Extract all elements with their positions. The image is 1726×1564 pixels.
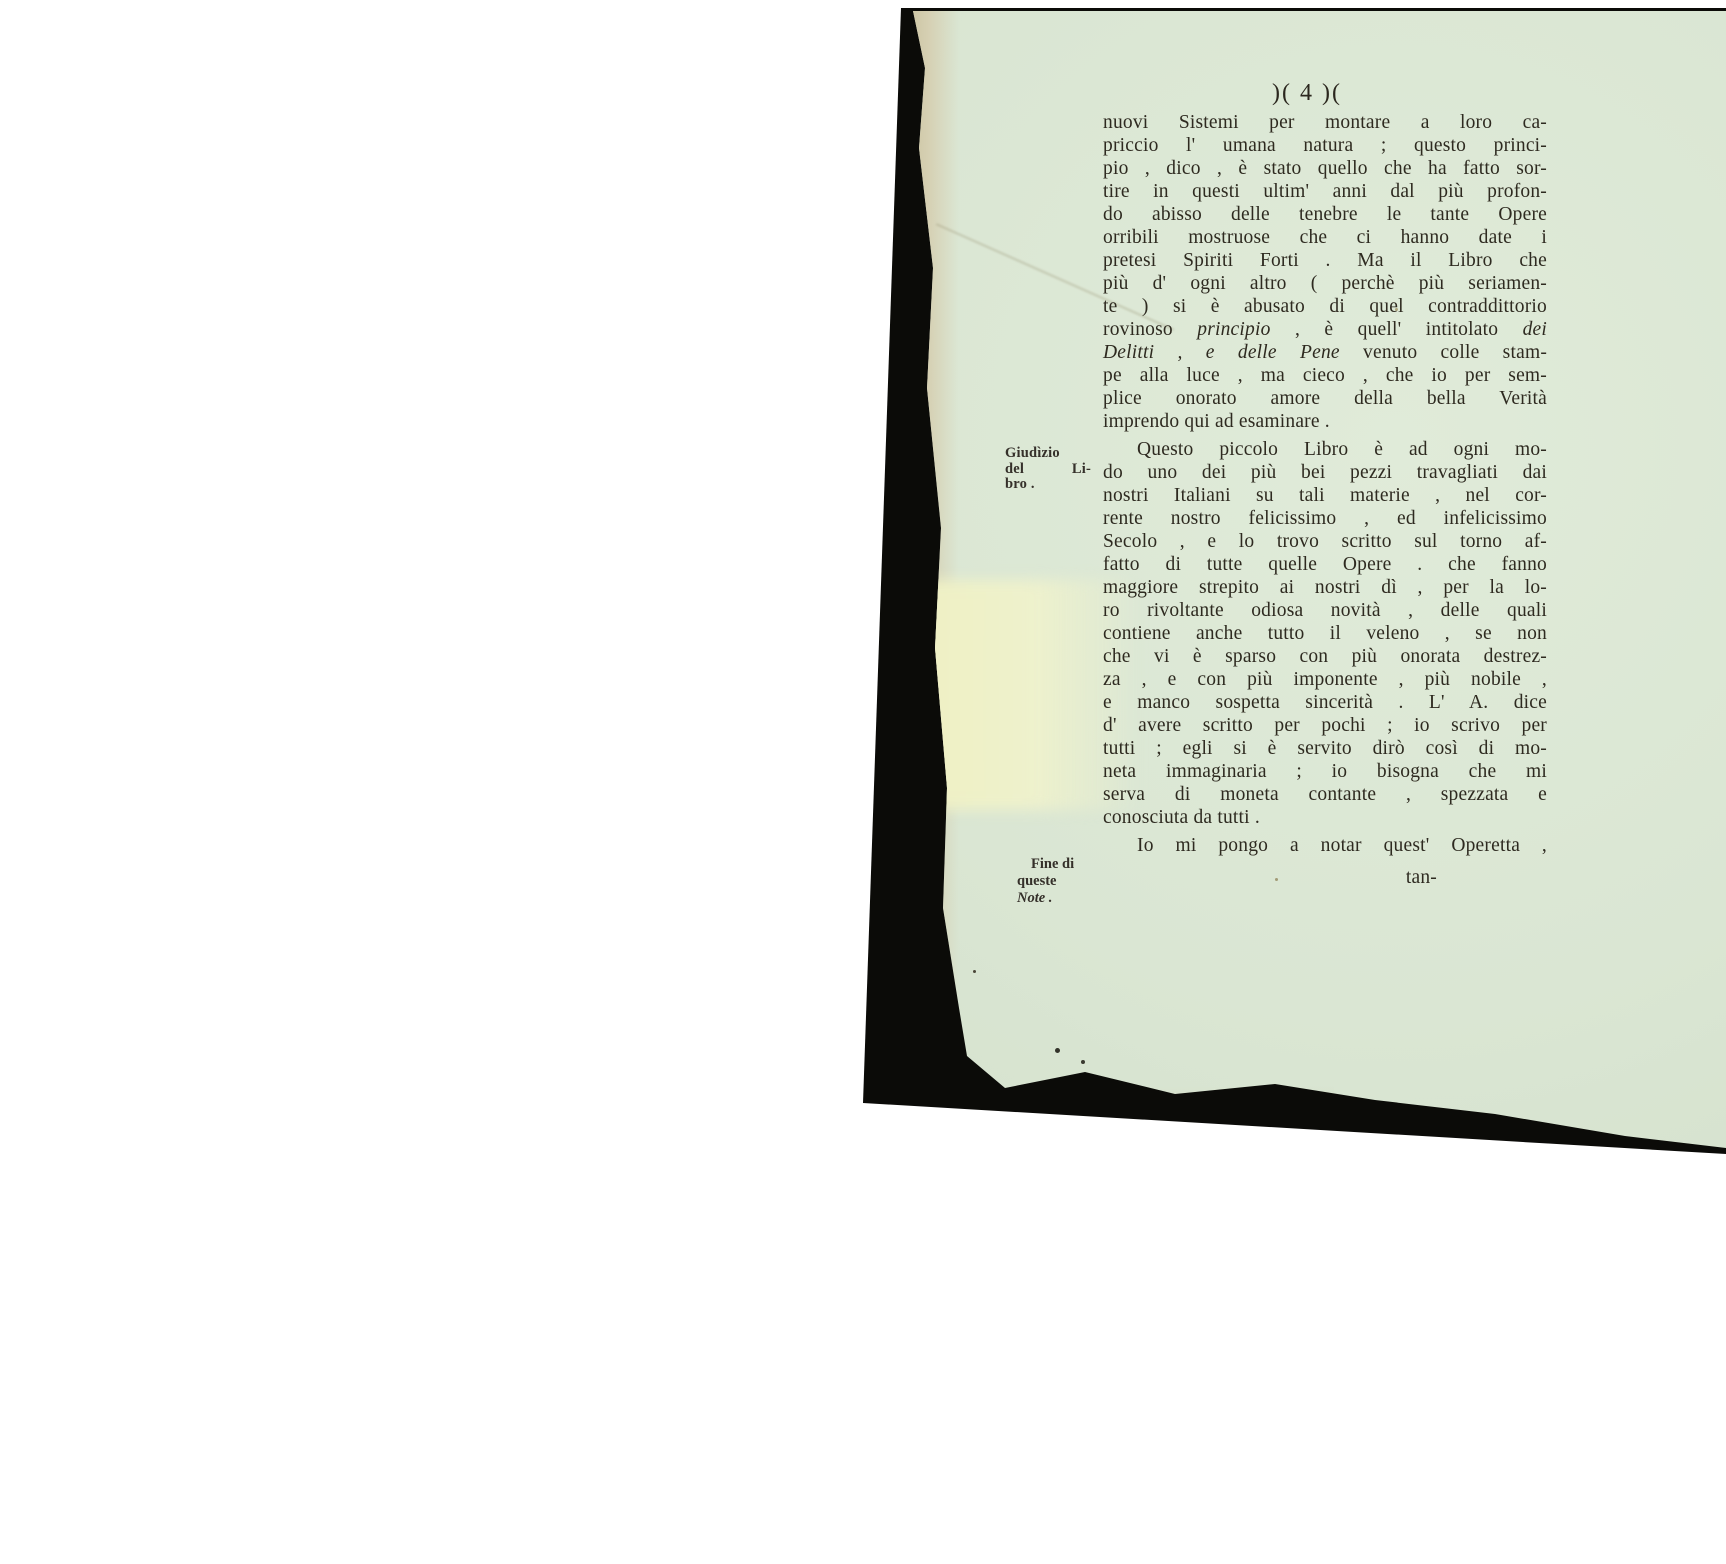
text-segment: contiene anche tutto il veleno , se non xyxy=(1103,623,1547,644)
book-page-scan: Giudìziodel Li-bro . Fine diquesteNote .… xyxy=(855,8,1726,1158)
margin-note-giudizio-del-libro: Giudìziodel Li-bro . xyxy=(1005,446,1091,493)
text-segment: do uno dei più bei pezzi travagliati dai xyxy=(1103,462,1547,483)
text-line: che vi è sparso con più onorata destrez- xyxy=(1103,645,1547,668)
text-segment: orribili mostruose che ci hanno date i xyxy=(1103,227,1547,248)
text-line: tire in questi ultim' anni dal più profo… xyxy=(1103,180,1547,203)
text-line: pio , dico , è stato quello che ha fatto… xyxy=(1103,157,1547,180)
text-line: bro . xyxy=(1005,477,1091,493)
text-segment: , è quell' intitolato xyxy=(1271,319,1523,340)
text-line: fatto di tutte quelle Opere . che fanno xyxy=(1103,553,1547,576)
text-segment: za , e con più imponente , più nobile , xyxy=(1103,669,1547,690)
main-text-block: )( 4 )( nuovi Sistemi per montare a loro… xyxy=(1103,82,1547,889)
text-line: Giudìzio xyxy=(1005,446,1091,462)
text-segment: tutti ; egli si è servito dirò così di m… xyxy=(1103,738,1547,759)
screenshot-canvas: { "colors": { "background": "#ffffff", "… xyxy=(0,0,1726,1564)
text-line: Io mi pongo a notar quest' Operetta , xyxy=(1103,834,1547,857)
text-segment: d' avere scritto per pochi ; io scrivo p… xyxy=(1103,715,1547,736)
text-segment: Questo piccolo Libro è ad ogni mo- xyxy=(1137,439,1547,460)
text-line: maggiore strepito ai nostri dì , per la … xyxy=(1103,576,1547,599)
text-line: Secolo , e lo trovo scritto sul torno af… xyxy=(1103,530,1547,553)
text-segment: rente nostro felicissimo , ed infeliciss… xyxy=(1103,508,1547,529)
text-line: e manco sospetta sincerità . L' A. dice xyxy=(1103,691,1547,714)
text-segment: venuto colle stam- xyxy=(1340,342,1547,363)
text-segment: bro . xyxy=(1005,476,1035,492)
text-line: più d' ogni altro ( perchè più seriamen- xyxy=(1103,272,1547,295)
text-segment: maggiore strepito ai nostri dì , per la … xyxy=(1103,577,1547,598)
text-line: do abisso delle tenebre le tante Opere xyxy=(1103,203,1547,226)
text-segment: pio , dico , è stato quello che ha fatto… xyxy=(1103,158,1547,179)
text-segment: plice onorato amore della bella Verità xyxy=(1103,388,1547,409)
text-segment: Fine di xyxy=(1031,856,1074,872)
italic-text: Note . xyxy=(1017,890,1052,906)
margin-note-fine-di-queste-note: Fine diquesteNote . xyxy=(1017,856,1087,907)
text-line: d' avere scritto per pochi ; io scrivo p… xyxy=(1103,714,1547,737)
paper-bottom-discoloration xyxy=(915,1086,1334,1158)
text-line: del Li- xyxy=(1005,462,1091,478)
text-segment: ro rivoltante odiosa novità , delle qual… xyxy=(1103,600,1547,621)
text-line: nostri Italiani su tali materie , nel co… xyxy=(1103,484,1547,507)
text-line: pe alla luce , ma cieco , che io per sem… xyxy=(1103,364,1547,387)
italic-text: principio xyxy=(1197,319,1270,340)
text-segment: pretesi Spiriti Forti . Ma il Libro che xyxy=(1103,250,1547,271)
text-segment: tire in questi ultim' anni dal più profo… xyxy=(1103,181,1547,202)
text-segment: conosciuta da tutti . xyxy=(1103,807,1260,828)
text-segment: do abisso delle tenebre le tante Opere xyxy=(1103,204,1547,225)
text-segment: pe alla luce , ma cieco , che io per sem… xyxy=(1103,365,1547,386)
text-line: za , e con più imponente , più nobile , xyxy=(1103,668,1547,691)
text-line: Delitti , e delle Pene venuto colle stam… xyxy=(1103,341,1547,364)
text-line: ro rivoltante odiosa novità , delle qual… xyxy=(1103,599,1547,622)
text-segment: Giudìzio xyxy=(1005,445,1060,461)
text-segment: che vi è sparso con più onorata destrez- xyxy=(1103,646,1547,667)
text-line: Questo piccolo Libro è ad ogni mo- xyxy=(1103,438,1547,461)
italic-text: dei xyxy=(1523,319,1547,340)
text-segment: priccio l' umana natura ; questo princi- xyxy=(1103,135,1547,156)
text-line: priccio l' umana natura ; questo princi- xyxy=(1103,134,1547,157)
text-line: rovinoso principio , è quell' intitolato… xyxy=(1103,318,1547,341)
catchword: tan- xyxy=(1103,866,1547,889)
text-segment: queste xyxy=(1017,873,1056,889)
italic-text: Delitti , e delle Pene xyxy=(1103,342,1340,363)
text-line: nuovi Sistemi per montare a loro ca- xyxy=(1103,111,1547,134)
text-line: Note . xyxy=(1017,890,1087,907)
text-line: orribili mostruose che ci hanno date i xyxy=(1103,226,1547,249)
paragraph: nuovi Sistemi per montare a loro ca-pric… xyxy=(1103,111,1547,433)
text-line: rente nostro felicissimo , ed infeliciss… xyxy=(1103,507,1547,530)
text-segment: Secolo , e lo trovo scritto sul torno af… xyxy=(1103,531,1547,552)
paragraph: Questo piccolo Libro è ad ogni mo-do uno… xyxy=(1103,438,1547,829)
paper-speck xyxy=(973,970,976,973)
text-line: conosciuta da tutti . xyxy=(1103,806,1547,829)
text-line: Fine di xyxy=(1017,856,1087,873)
text-line: imprendo qui ad esaminare . xyxy=(1103,410,1547,433)
text-line: pretesi Spiriti Forti . Ma il Libro che xyxy=(1103,249,1547,272)
text-line: serva di moneta contante , spezzata e xyxy=(1103,783,1547,806)
paper-speck xyxy=(1081,1060,1085,1064)
text-segment: Io mi pongo a notar quest' Operetta , xyxy=(1137,835,1547,856)
page-number: )( 4 )( xyxy=(1085,82,1529,105)
text-segment: imprendo qui ad esaminare . xyxy=(1103,411,1330,432)
text-segment: te ) si è abusato di quel contraddittori… xyxy=(1103,296,1547,317)
paragraph: Io mi pongo a notar quest' Operetta , xyxy=(1103,834,1547,857)
text-line: do uno dei più bei pezzi travagliati dai xyxy=(1103,461,1547,484)
paper-page: Giudìziodel Li-bro . Fine diquesteNote .… xyxy=(855,8,1726,1158)
text-segment: serva di moneta contante , spezzata e xyxy=(1103,784,1547,805)
text-line: plice onorato amore della bella Verità xyxy=(1103,387,1547,410)
text-segment: nostri Italiani su tali materie , nel co… xyxy=(1103,485,1547,506)
text-segment: e manco sospetta sincerità . L' A. dice xyxy=(1103,692,1547,713)
paper-speck xyxy=(1055,1048,1060,1053)
text-segment: del Li- xyxy=(1005,461,1091,477)
text-line: tutti ; egli si è servito dirò così di m… xyxy=(1103,737,1547,760)
text-segment: neta immaginaria ; io bisogna che mi xyxy=(1103,761,1547,782)
paper-edge-discoloration xyxy=(903,8,959,1122)
text-segment: rovinoso xyxy=(1103,319,1197,340)
text-line: contiene anche tutto il veleno , se non xyxy=(1103,622,1547,645)
text-line: queste xyxy=(1017,873,1087,890)
text-segment: fatto di tutte quelle Opere . che fanno xyxy=(1103,554,1547,575)
text-line: te ) si è abusato di quel contraddittori… xyxy=(1103,295,1547,318)
text-line: neta immaginaria ; io bisogna che mi xyxy=(1103,760,1547,783)
text-segment: nuovi Sistemi per montare a loro ca- xyxy=(1103,112,1547,133)
text-segment: più d' ogni altro ( perchè più seriamen- xyxy=(1103,273,1547,294)
